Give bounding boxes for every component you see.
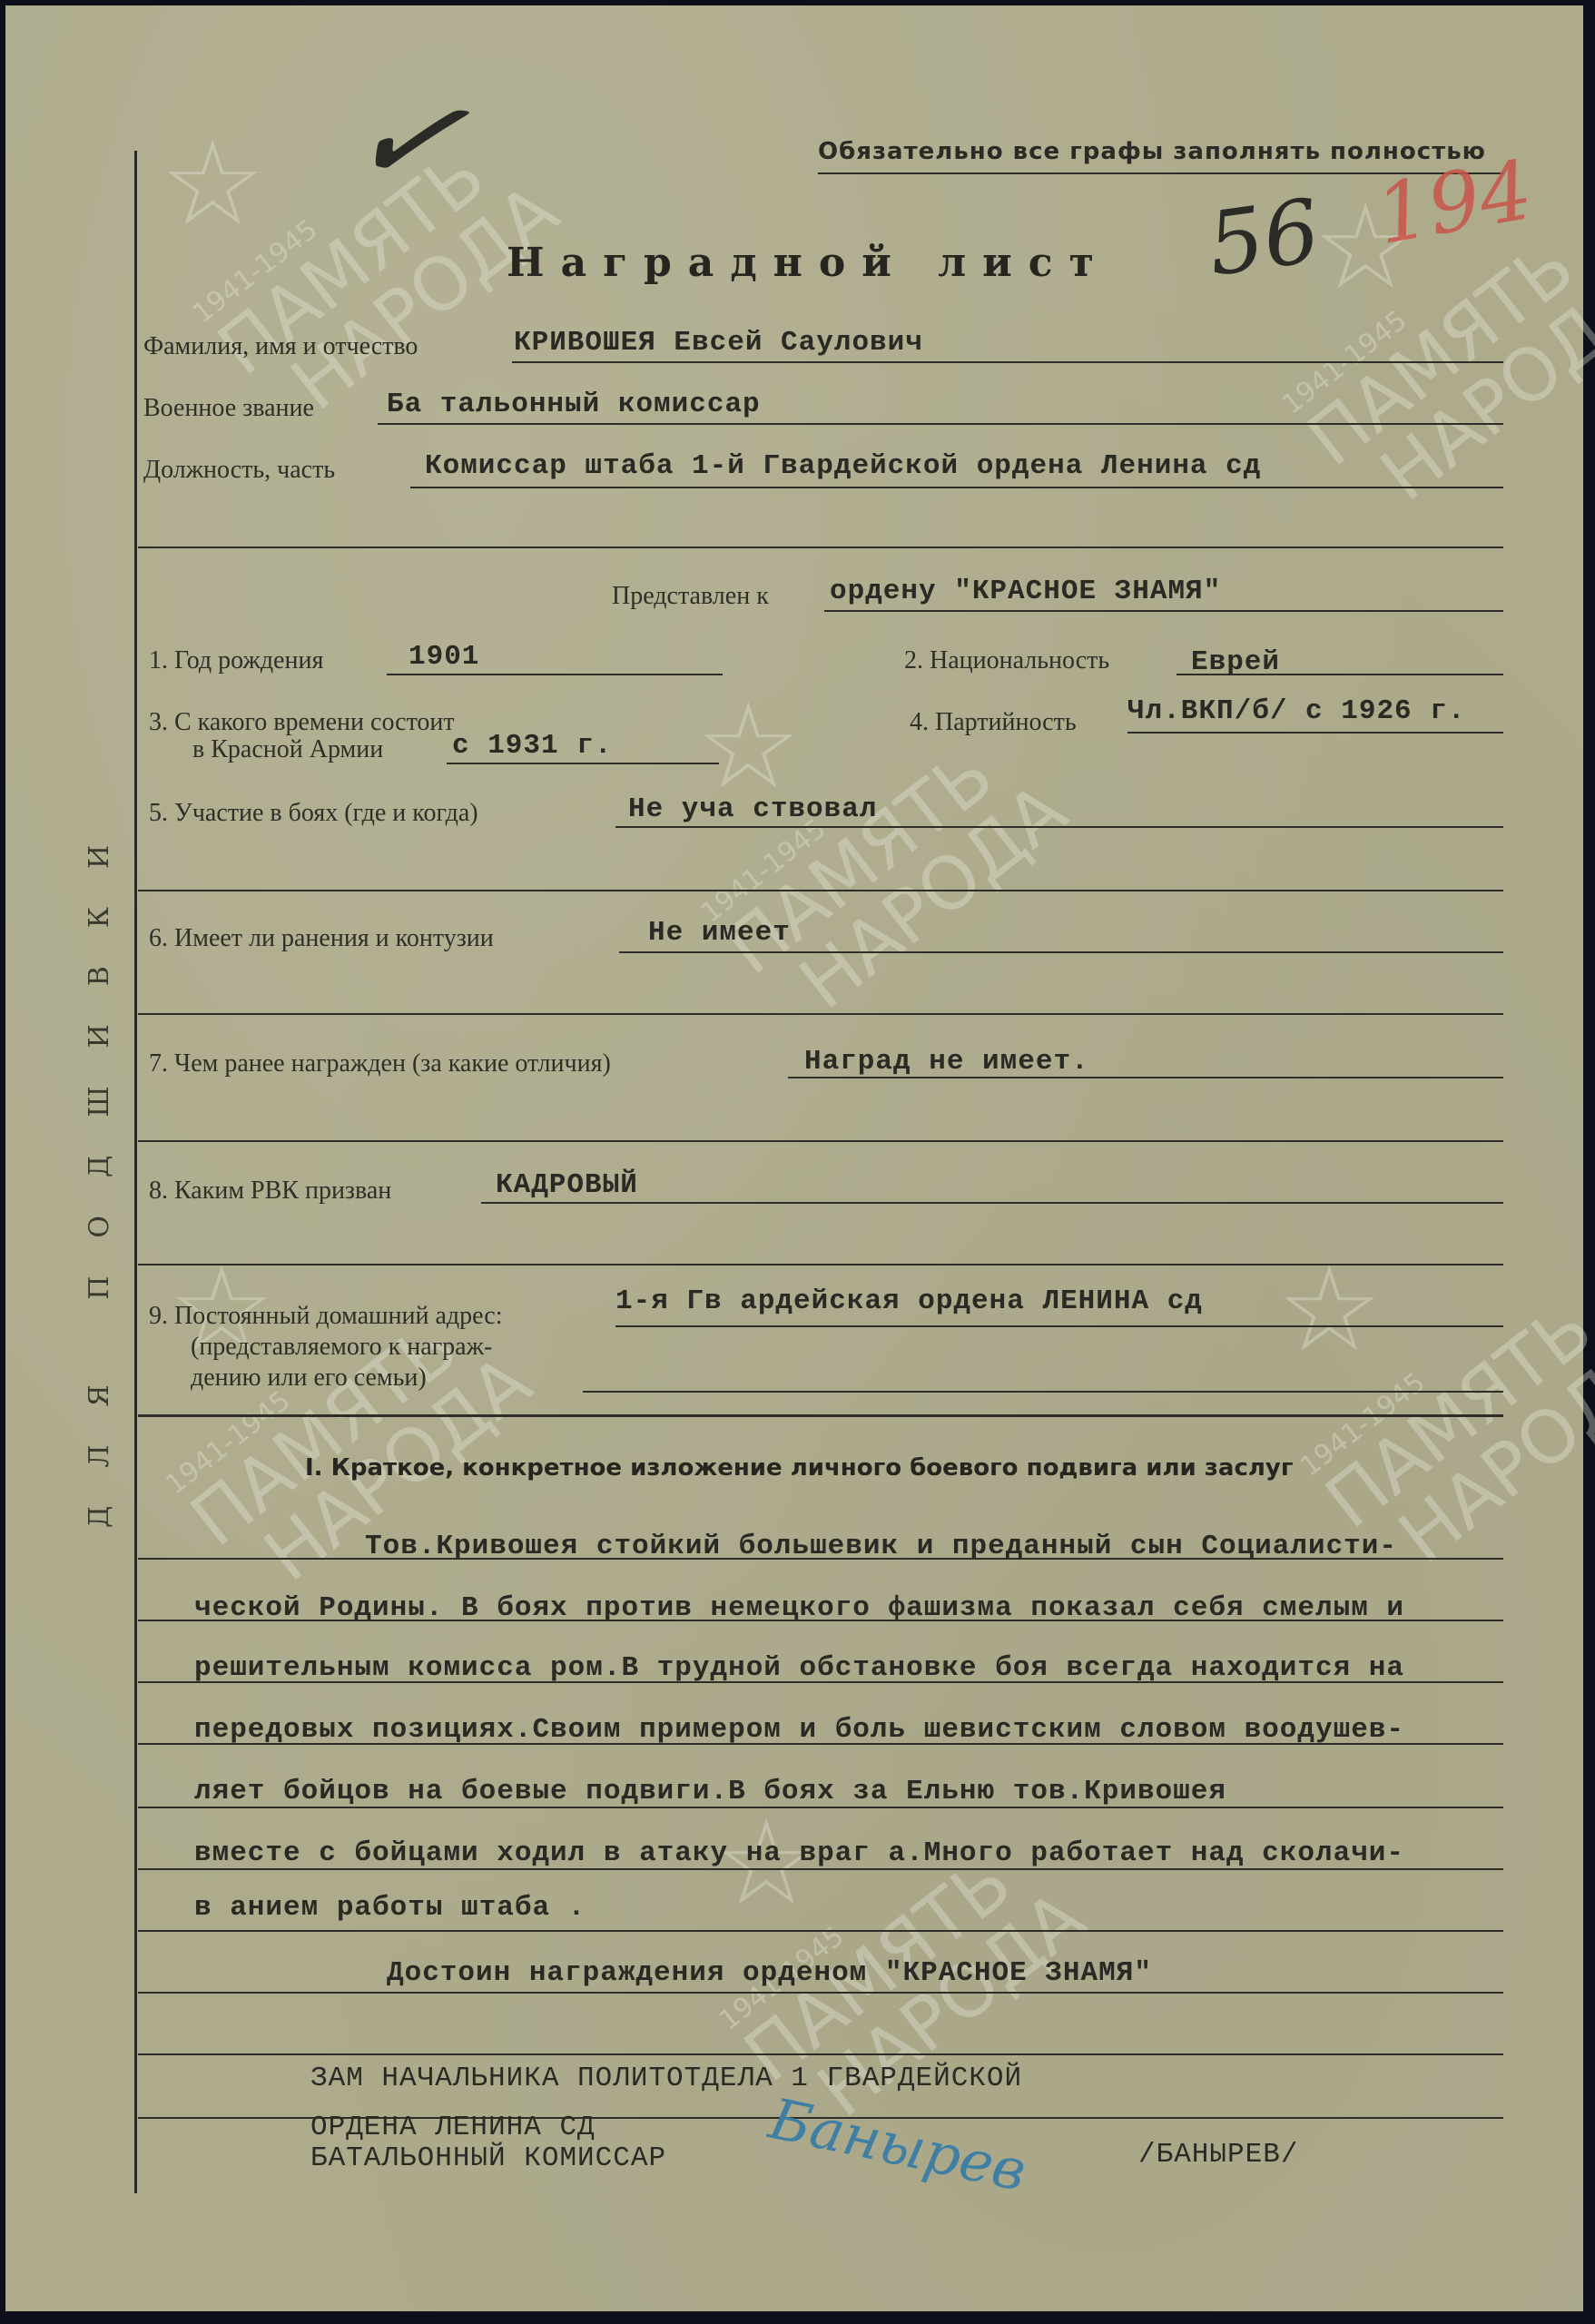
army-since-label-2: в Красной Армии [192, 735, 383, 764]
party-value: Чл.ВКП/б/ с 1926 г. [1127, 695, 1465, 727]
binding-margin-line [134, 151, 137, 2193]
rvk-label: 8. Каким РВК призван [149, 1177, 391, 1206]
signature-title-line1: ЗАМ НАЧАЛЬНИКА ПОЛИТОТДЕЛА 1 ГВАРДЕЙСКОЙ [310, 2063, 1022, 2094]
award-sheet-page: ДЛЯ ПОДШИВКИ ☆ 1941-1945 ПАМЯТЬ НАРОДА ☆… [5, 5, 1583, 2311]
party-label: 4. Партийность [910, 708, 1077, 737]
signatory-name: /БАНЫРЕВ/ [1138, 2139, 1298, 2171]
rank-label: Военное звание [143, 394, 314, 423]
position-value: Комиссар штаба 1-й Гвардейской ордена Ле… [425, 450, 1261, 482]
battles-value: Не уча ствовал [628, 793, 877, 825]
prior-awards-value: Наград не имеет. [804, 1046, 1089, 1078]
narrative-line: решительным комисса ром.В трудной обстан… [194, 1652, 1404, 1684]
narrative-heading: I. Краткое, конкретное изложение личного… [305, 1454, 1293, 1482]
watermark-star-icon: ☆ [160, 114, 266, 252]
narrative-conclusion: Достоин награждения орденом "КРАСНОЕ ЗНА… [387, 1957, 1152, 1989]
handwritten-number: 56 [1202, 180, 1326, 296]
header-instruction: Обязательно все графы заполнять полность… [818, 138, 1486, 165]
signature-title-line3: БАТАЛЬОННЫЙ КОМИССАР [310, 2142, 666, 2174]
birth-year-label: 1. Год рождения [149, 646, 323, 675]
rank-value: Ба тальонный комиссар [387, 389, 761, 420]
watermark-star-icon: ☆ [1276, 1240, 1383, 1378]
handwritten-signature: Банырев [764, 2085, 1032, 2204]
address-label: 9. Постоянный домашний адрес: [149, 1302, 503, 1331]
address-label-2: (представляемого к награж- [191, 1333, 492, 1362]
rvk-value: КАДРОВЫЙ [496, 1169, 638, 1201]
page-title: Наградной лист [507, 240, 1110, 286]
nominated-label: Представлен к [612, 582, 769, 611]
name-label: Фамилия, имя и отчество [143, 332, 418, 361]
nationality-label: 2. Национальность [904, 646, 1109, 675]
position-label: Должность, часть [143, 456, 335, 485]
narrative-line: в анием работы штаба . [194, 1892, 586, 1924]
prior-awards-label: 7. Чем ранее награжден (за какие отличия… [149, 1049, 611, 1078]
birth-year-value: 1901 [409, 641, 479, 673]
nominated-value: ордену "КРАСНОЕ ЗНАМЯ" [830, 576, 1221, 607]
watermark-text: НАРОДА [1387, 1326, 1595, 1575]
address-value: 1-я Гв ардейская ордена ЛЕНИНА сд [615, 1285, 1203, 1317]
signature-title-line2: ОРДЕНА ЛЕНИНА СД [310, 2112, 596, 2143]
army-since-value: с 1931 г. [452, 730, 612, 762]
checkmark-icon: ✓ [335, 50, 479, 228]
army-since-label: 3. С какого времени состоит [149, 708, 455, 737]
wounds-value: Не имеет [648, 917, 791, 949]
battles-label: 5. Участие в боях (где и когда) [149, 799, 478, 828]
binding-label: ДЛЯ ПОДШИВКИ [84, 659, 129, 1676]
narrative-line: ляет бойцов на боевые подвиги.В боях за … [194, 1776, 1226, 1807]
name-value: КРИВОШЕЯ Евсей Саулович [514, 327, 923, 359]
narrative-line: передовых позициях.Своим примером и боль… [194, 1714, 1404, 1746]
narrative-line: вместе с бойцами ходил в атаку на враг а… [194, 1837, 1404, 1869]
address-label-3: дению или его семьи) [191, 1364, 427, 1393]
wounds-label: 6. Имеет ли ранения и контузии [149, 924, 494, 953]
